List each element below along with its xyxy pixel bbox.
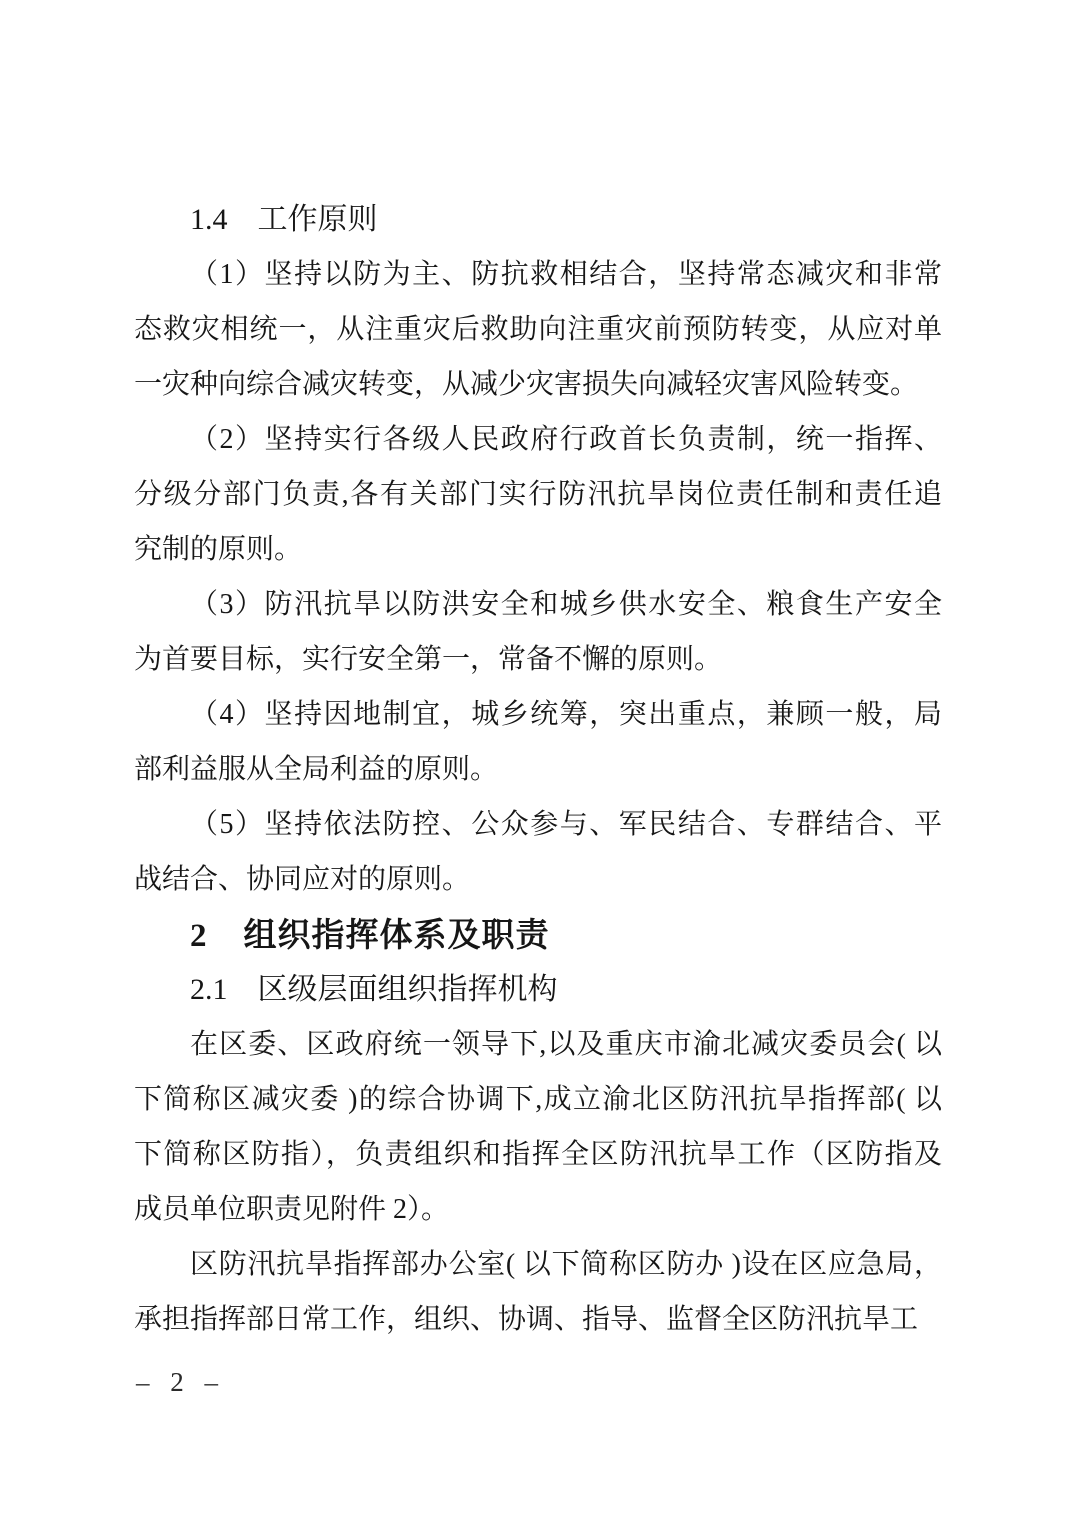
- text-line: 态救灾相统一，从注重灾后救助向注重灾前预防转变，从应对单: [134, 302, 942, 357]
- document-body: 1.4工作原则（1）坚持以防为主、防抗救相结合，坚持常态减灾和非常态救灾相统一，…: [134, 192, 942, 1347]
- text-line: 一灾种向综合减灾转变，从减少灾害损失向减轻灾害风险转变。: [134, 357, 942, 412]
- text-line: 下简称区防指），负责组织和指挥全区防汛抗旱工作（区防指及: [134, 1127, 942, 1182]
- text-line: 下简称区减灾委 )的综合协调下,成立渝北区防汛抗旱指挥部( 以: [134, 1072, 942, 1127]
- text-line: 承担指挥部日常工作，组织、协调、指导、监督全区防汛抗旱工: [134, 1292, 942, 1347]
- page-number: – 2 –: [136, 1362, 221, 1402]
- text-line: （4）坚持因地制宜，城乡统筹，突出重点，兼顾一般，局: [134, 687, 942, 742]
- heading-number: 1.4: [190, 192, 228, 247]
- heading-number: 2: [190, 909, 208, 962]
- text-line: （2）坚持实行各级人民政府行政首长负责制，统一指挥、: [134, 412, 942, 467]
- text-line: 为首要目标，实行安全第一，常备不懈的原则。: [134, 632, 942, 687]
- text-line: 在区委、区政府统一领导下,以及重庆市渝北减灾委员会( 以: [134, 1017, 942, 1072]
- text-line: （1）坚持以防为主、防抗救相结合，坚持常态减灾和非常: [134, 247, 942, 302]
- heading-title: 区级层面组织指挥机构: [258, 973, 558, 1006]
- heading-title: 组织指挥体系及职责: [244, 916, 550, 953]
- text-line: （3）防汛抗旱以防洪安全和城乡供水安全、粮食生产安全: [134, 577, 942, 632]
- section-heading-2-1: 2.1区级层面组织指挥机构: [134, 962, 942, 1017]
- text-line: 成员单位职责见附件 2）。: [134, 1182, 942, 1237]
- heading-title: 工作原则: [258, 203, 378, 236]
- text-line: 究制的原则。: [134, 522, 942, 577]
- document-page: 1.4工作原则（1）坚持以防为主、防抗救相结合，坚持常态减灾和非常态救灾相统一，…: [0, 0, 1074, 1520]
- text-line: 区防汛抗旱指挥部办公室( 以下简称区防办 )设在区应急局，: [134, 1237, 942, 1292]
- text-line: 战结合、协同应对的原则。: [134, 852, 942, 907]
- section-heading-2: 2组织指挥体系及职责: [134, 907, 942, 962]
- section-heading-1-4: 1.4工作原则: [134, 192, 942, 247]
- text-line: 部利益服从全局利益的原则。: [134, 742, 942, 797]
- text-line: （5）坚持依法防控、公众参与、军民结合、专群结合、平: [134, 797, 942, 852]
- text-line: 分级分部门负责,各有关部门实行防汛抗旱岗位责任制和责任追: [134, 467, 942, 522]
- heading-number: 2.1: [190, 962, 228, 1017]
